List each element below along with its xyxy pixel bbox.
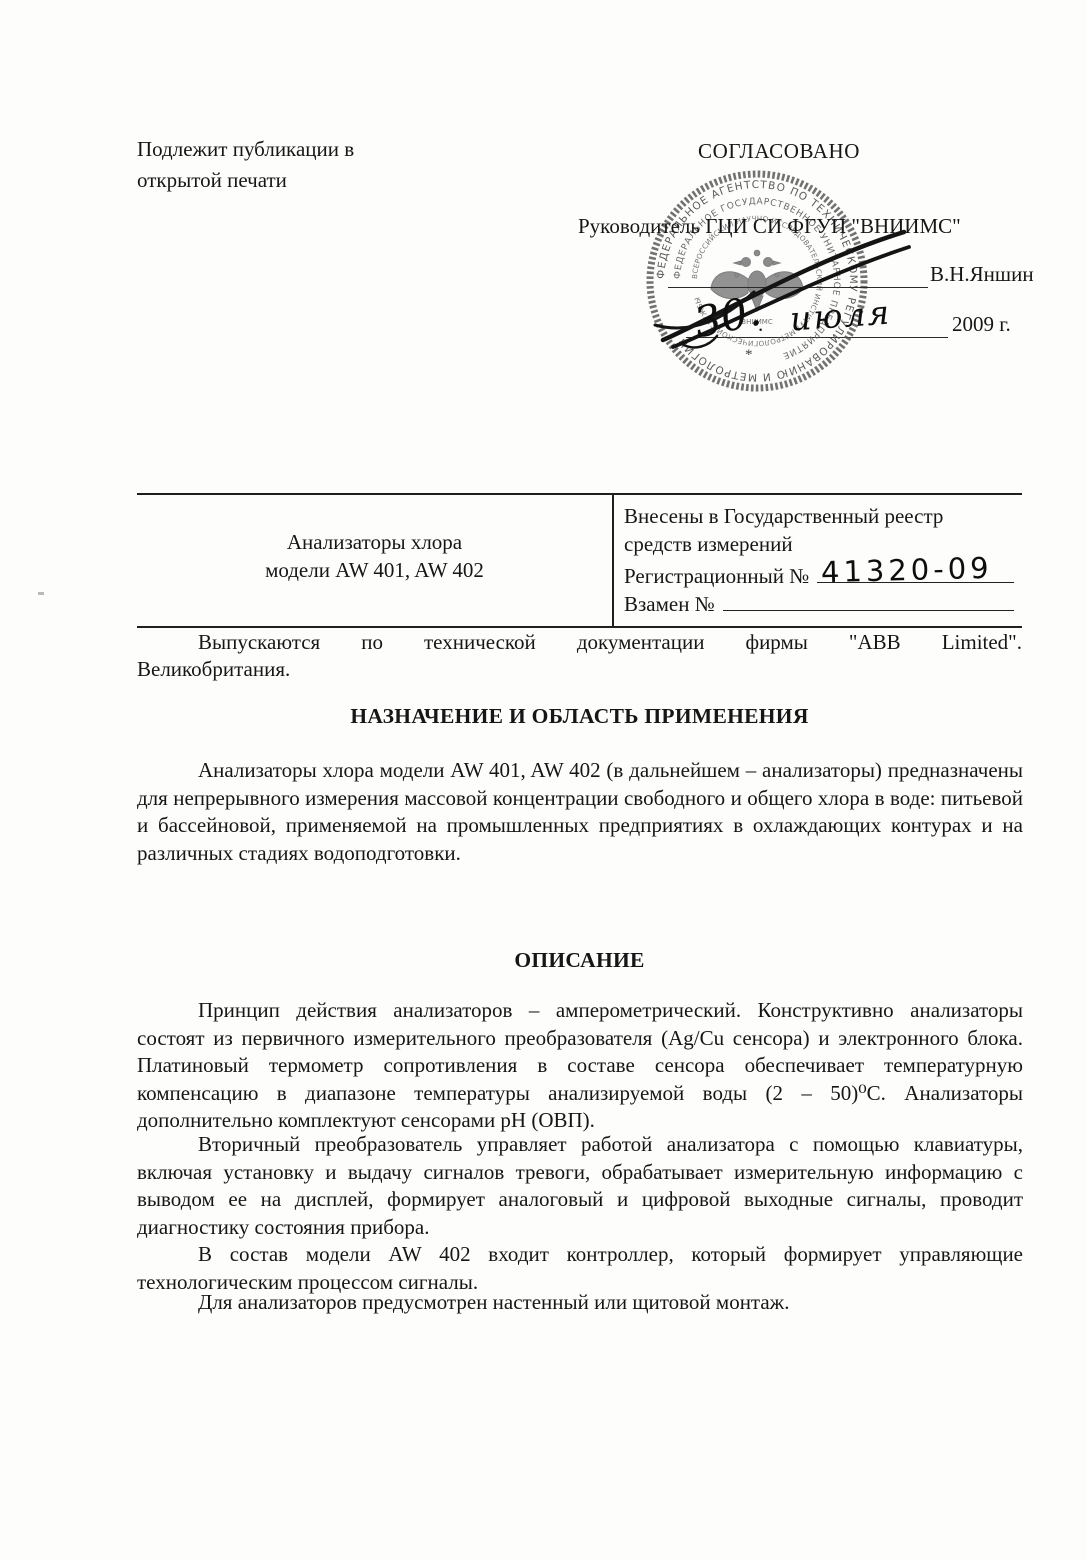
handwritten-registration-number: 41320-09 [821,554,993,586]
section-heading-description: ОПИСАНИЕ [137,948,1022,973]
table-divider [612,495,614,626]
registry-line1: Внесены в Государственный реестр [624,503,1020,531]
manufacture-note-line1: Выпускаются по технической документации … [137,629,1022,657]
description-paragraph-3: В состав модели AW 402 входит контроллер… [137,1241,1023,1296]
description-paragraph-2: Вторичный преобразователь управляет рабо… [137,1131,1023,1241]
publication-note-line1: Подлежит публикации в [137,134,354,165]
margin-artifact [38,592,44,595]
publication-note-line2: открытой печати [137,165,354,196]
description-paragraph-4: Для анализаторов предусмотрен настенный … [137,1289,1023,1317]
manufacture-note-line2: Великобритания. [137,657,290,682]
replacement-row: Взамен № [624,586,1020,614]
approver-name: В.Н.Яншин [930,262,1034,287]
instrument-name-line2: модели AW 401, AW 402 [137,556,612,584]
registry-cell: Внесены в Государственный реестр средств… [624,503,1020,614]
replacement-underline [723,586,1014,611]
document-page: Подлежит публикации в открытой печати СО… [0,0,1086,1560]
description-paragraph-1: Принцип действия анализаторов – ампероме… [137,997,1023,1135]
handwritten-month: июля [789,293,893,339]
instrument-name-line1: Анализаторы хлора [137,528,612,556]
registration-number-underline: 41320-09 [817,558,1014,583]
instrument-name-cell: Анализаторы хлора модели AW 401, AW 402 [137,495,612,626]
replacement-label: Взамен № [624,591,715,619]
title-table: Анализаторы хлора модели AW 401, AW 402 … [137,493,1022,628]
handwritten-signature [648,224,918,356]
section-heading-purpose: НАЗНАЧЕНИЕ И ОБЛАСТЬ ПРИМЕНЕНИЯ [137,704,1022,729]
publication-note: Подлежит публикации в открытой печати [137,134,354,196]
purpose-paragraph: Анализаторы хлора модели AW 401, AW 402 … [137,757,1023,867]
date-year: 2009 г. [952,312,1011,337]
registration-number-row: Регистрационный № 41320-09 [624,558,1020,586]
